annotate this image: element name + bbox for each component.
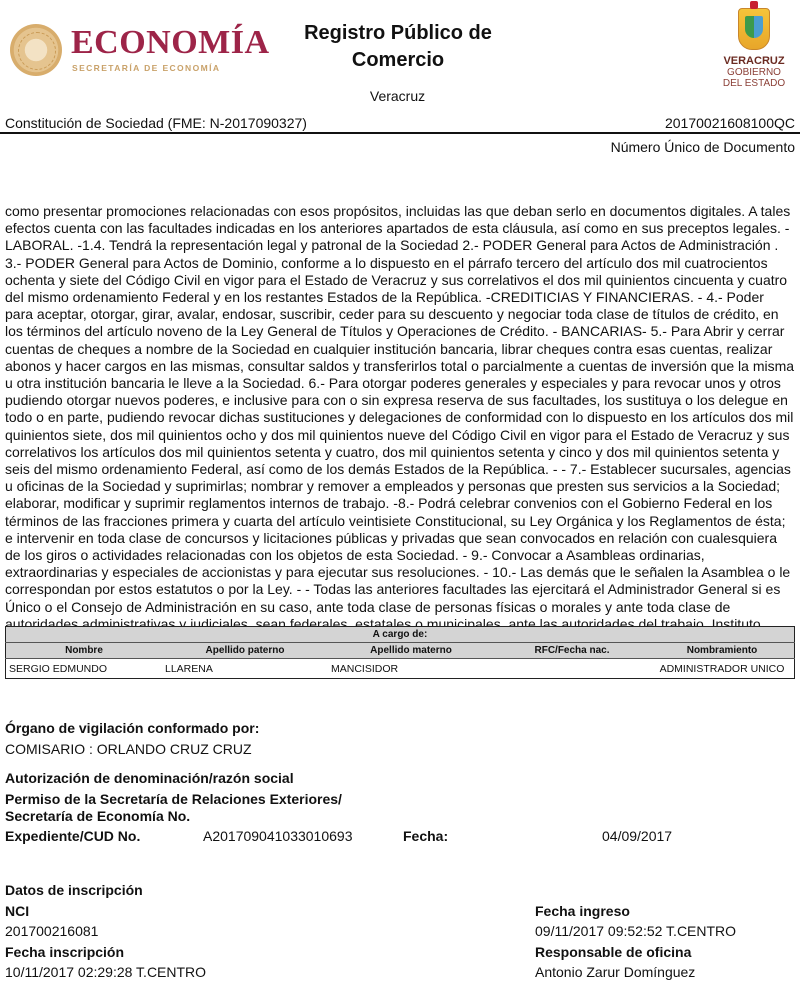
body-text-line: correlativos los artículos dos mil quini… [5, 444, 800, 461]
cell-rfc [494, 659, 650, 679]
economia-logo: ECONOMÍA SECRETARÍA DE ECONOMÍA [10, 22, 255, 78]
column-header-rfc: RFC/Fecha nac. [494, 643, 650, 659]
veracruz-logo-line-1: VERACRUZ [718, 56, 790, 67]
permit-label-line-2: Secretaría de Economía No. [5, 808, 342, 825]
nci-value: 201700216081 [5, 923, 98, 939]
officers-table: A cargo de: Nombre Apellido paterno Apel… [5, 626, 795, 679]
column-header-nombramiento: Nombramiento [650, 643, 795, 659]
body-text-line: términos de las fracciones primera y cua… [5, 513, 800, 530]
economia-wordmark: ECONOMÍA [71, 24, 270, 62]
state-name: Veracruz [340, 88, 455, 104]
powers-clause-text: como presentar promociones relacionadas … [5, 203, 800, 650]
cell-apellido-paterno: LLARENA [162, 659, 328, 679]
page-title-line-2: Comercio [270, 47, 526, 74]
body-text-line: 3.- PODER General para Actos de Dominio,… [5, 255, 800, 272]
fecha-inscripcion-label: Fecha inscripción [5, 944, 124, 960]
body-text-line: extraordinarias y especiales de accionis… [5, 564, 800, 581]
economia-subtitle: SECRETARÍA DE ECONOMÍA [72, 63, 220, 73]
page-title-line-1: Registro Público de [270, 20, 526, 47]
expediente-label: Expediente/CUD No. [5, 828, 140, 844]
document-type: Constitución de Sociedad (FME: N-2017090… [5, 115, 307, 131]
officers-table-caption: A cargo de: [6, 627, 795, 643]
permit-label: Permiso de la Secretaría de Relaciones E… [5, 791, 342, 825]
body-text-line: los términos del artículo noveno de la L… [5, 323, 800, 340]
table-row: SERGIO EDMUNDO LLARENA MANCISIDOR ADMINI… [6, 659, 795, 679]
body-text-line: Único o el Consejo de Administración en … [5, 599, 800, 616]
cell-apellido-materno: MANCISIDOR [328, 659, 494, 679]
body-text-line: LABORAL. -1.4. Tendrá la representación … [5, 237, 800, 254]
document-number-label: Número Único de Documento [611, 139, 795, 155]
registration-section-label: Datos de inscripción [5, 882, 143, 898]
responsable-value: Antonio Zarur Domínguez [535, 964, 695, 980]
body-text-line: e intervenir en toda clase de concursos … [5, 530, 800, 547]
fecha-label: Fecha: [403, 828, 448, 844]
oversight-label: Órgano de vigilación conformado por: [5, 720, 259, 736]
oversight-value: COMISARIO : ORLANDO CRUZ CRUZ [5, 741, 252, 757]
body-text-line: como presentar promociones relacionadas … [5, 203, 800, 220]
body-text-line: de los giros o actividades relacionadas … [5, 547, 800, 564]
page-title: Registro Público de Comercio [270, 20, 526, 74]
permit-label-line-1: Permiso de la Secretaría de Relaciones E… [5, 791, 342, 808]
column-header-apellido-paterno: Apellido paterno [162, 643, 328, 659]
authorization-label: Autorización de denominación/razón socia… [5, 770, 294, 786]
veracruz-shield-icon [738, 8, 770, 50]
fecha-value: 04/09/2017 [602, 828, 672, 844]
fecha-inscripcion-value: 10/11/2017 02:29:28 T.CENTRO [5, 964, 206, 980]
veracruz-logo-line-2: GOBIERNO [718, 67, 790, 78]
body-text-line: cuentas de cheques a nombre de la Socied… [5, 341, 800, 358]
officers-table-header: Nombre Apellido paterno Apellido materno… [6, 643, 795, 659]
veracruz-logo: VERACRUZ GOBIERNO DEL ESTADO [718, 6, 790, 92]
body-text-line: para aceptar, otorgar, girar, avalar, en… [5, 306, 800, 323]
fecha-ingreso-value: 09/11/2017 09:52:52 T.CENTRO [535, 923, 736, 939]
body-text-line: u oficinas de la Sociedad y suprimirlas;… [5, 478, 800, 495]
responsable-label: Responsable de oficina [535, 944, 691, 960]
cell-nombramiento: ADMINISTRADOR UNICO [650, 659, 795, 679]
body-text-line: pudiendo otorgar nuevos poderes, e inclu… [5, 392, 800, 409]
body-text-line: elaborar, modificar y suprimir reglament… [5, 495, 800, 512]
veracruz-logo-line-3: DEL ESTADO [718, 78, 790, 89]
expediente-value: A201709041033010693 [203, 828, 353, 844]
document-number: 20170021608100QC [665, 115, 795, 131]
cell-nombre: SERGIO EDMUNDO [6, 659, 163, 679]
body-text-line: abonos y hacer cargos en las mismas, con… [5, 358, 800, 375]
column-header-apellido-materno: Apellido materno [328, 643, 494, 659]
body-text-line: efectos cuenta con las facultades indica… [5, 220, 800, 237]
mexico-seal-icon [10, 24, 62, 76]
column-header-nombre: Nombre [6, 643, 163, 659]
nci-label: NCI [5, 903, 29, 919]
body-text-line: u otra institución bancaria le lleve a l… [5, 375, 800, 392]
header-divider [0, 132, 800, 134]
body-text-line: correspondan por estos estatutos o por l… [5, 581, 800, 598]
body-text-line: seis del mismo ordenamiento Federal, así… [5, 461, 800, 478]
fecha-ingreso-label: Fecha ingreso [535, 903, 630, 919]
body-text-line: todo o en parte, pudiendo revocar dichas… [5, 409, 800, 426]
body-text-line: del mismo ordenamiento Federal y en los … [5, 289, 800, 306]
body-text-line: quinientos siete, dos mil quinientos och… [5, 427, 800, 444]
body-text-line: ochenta y siete del Código Civil en vigo… [5, 272, 800, 289]
